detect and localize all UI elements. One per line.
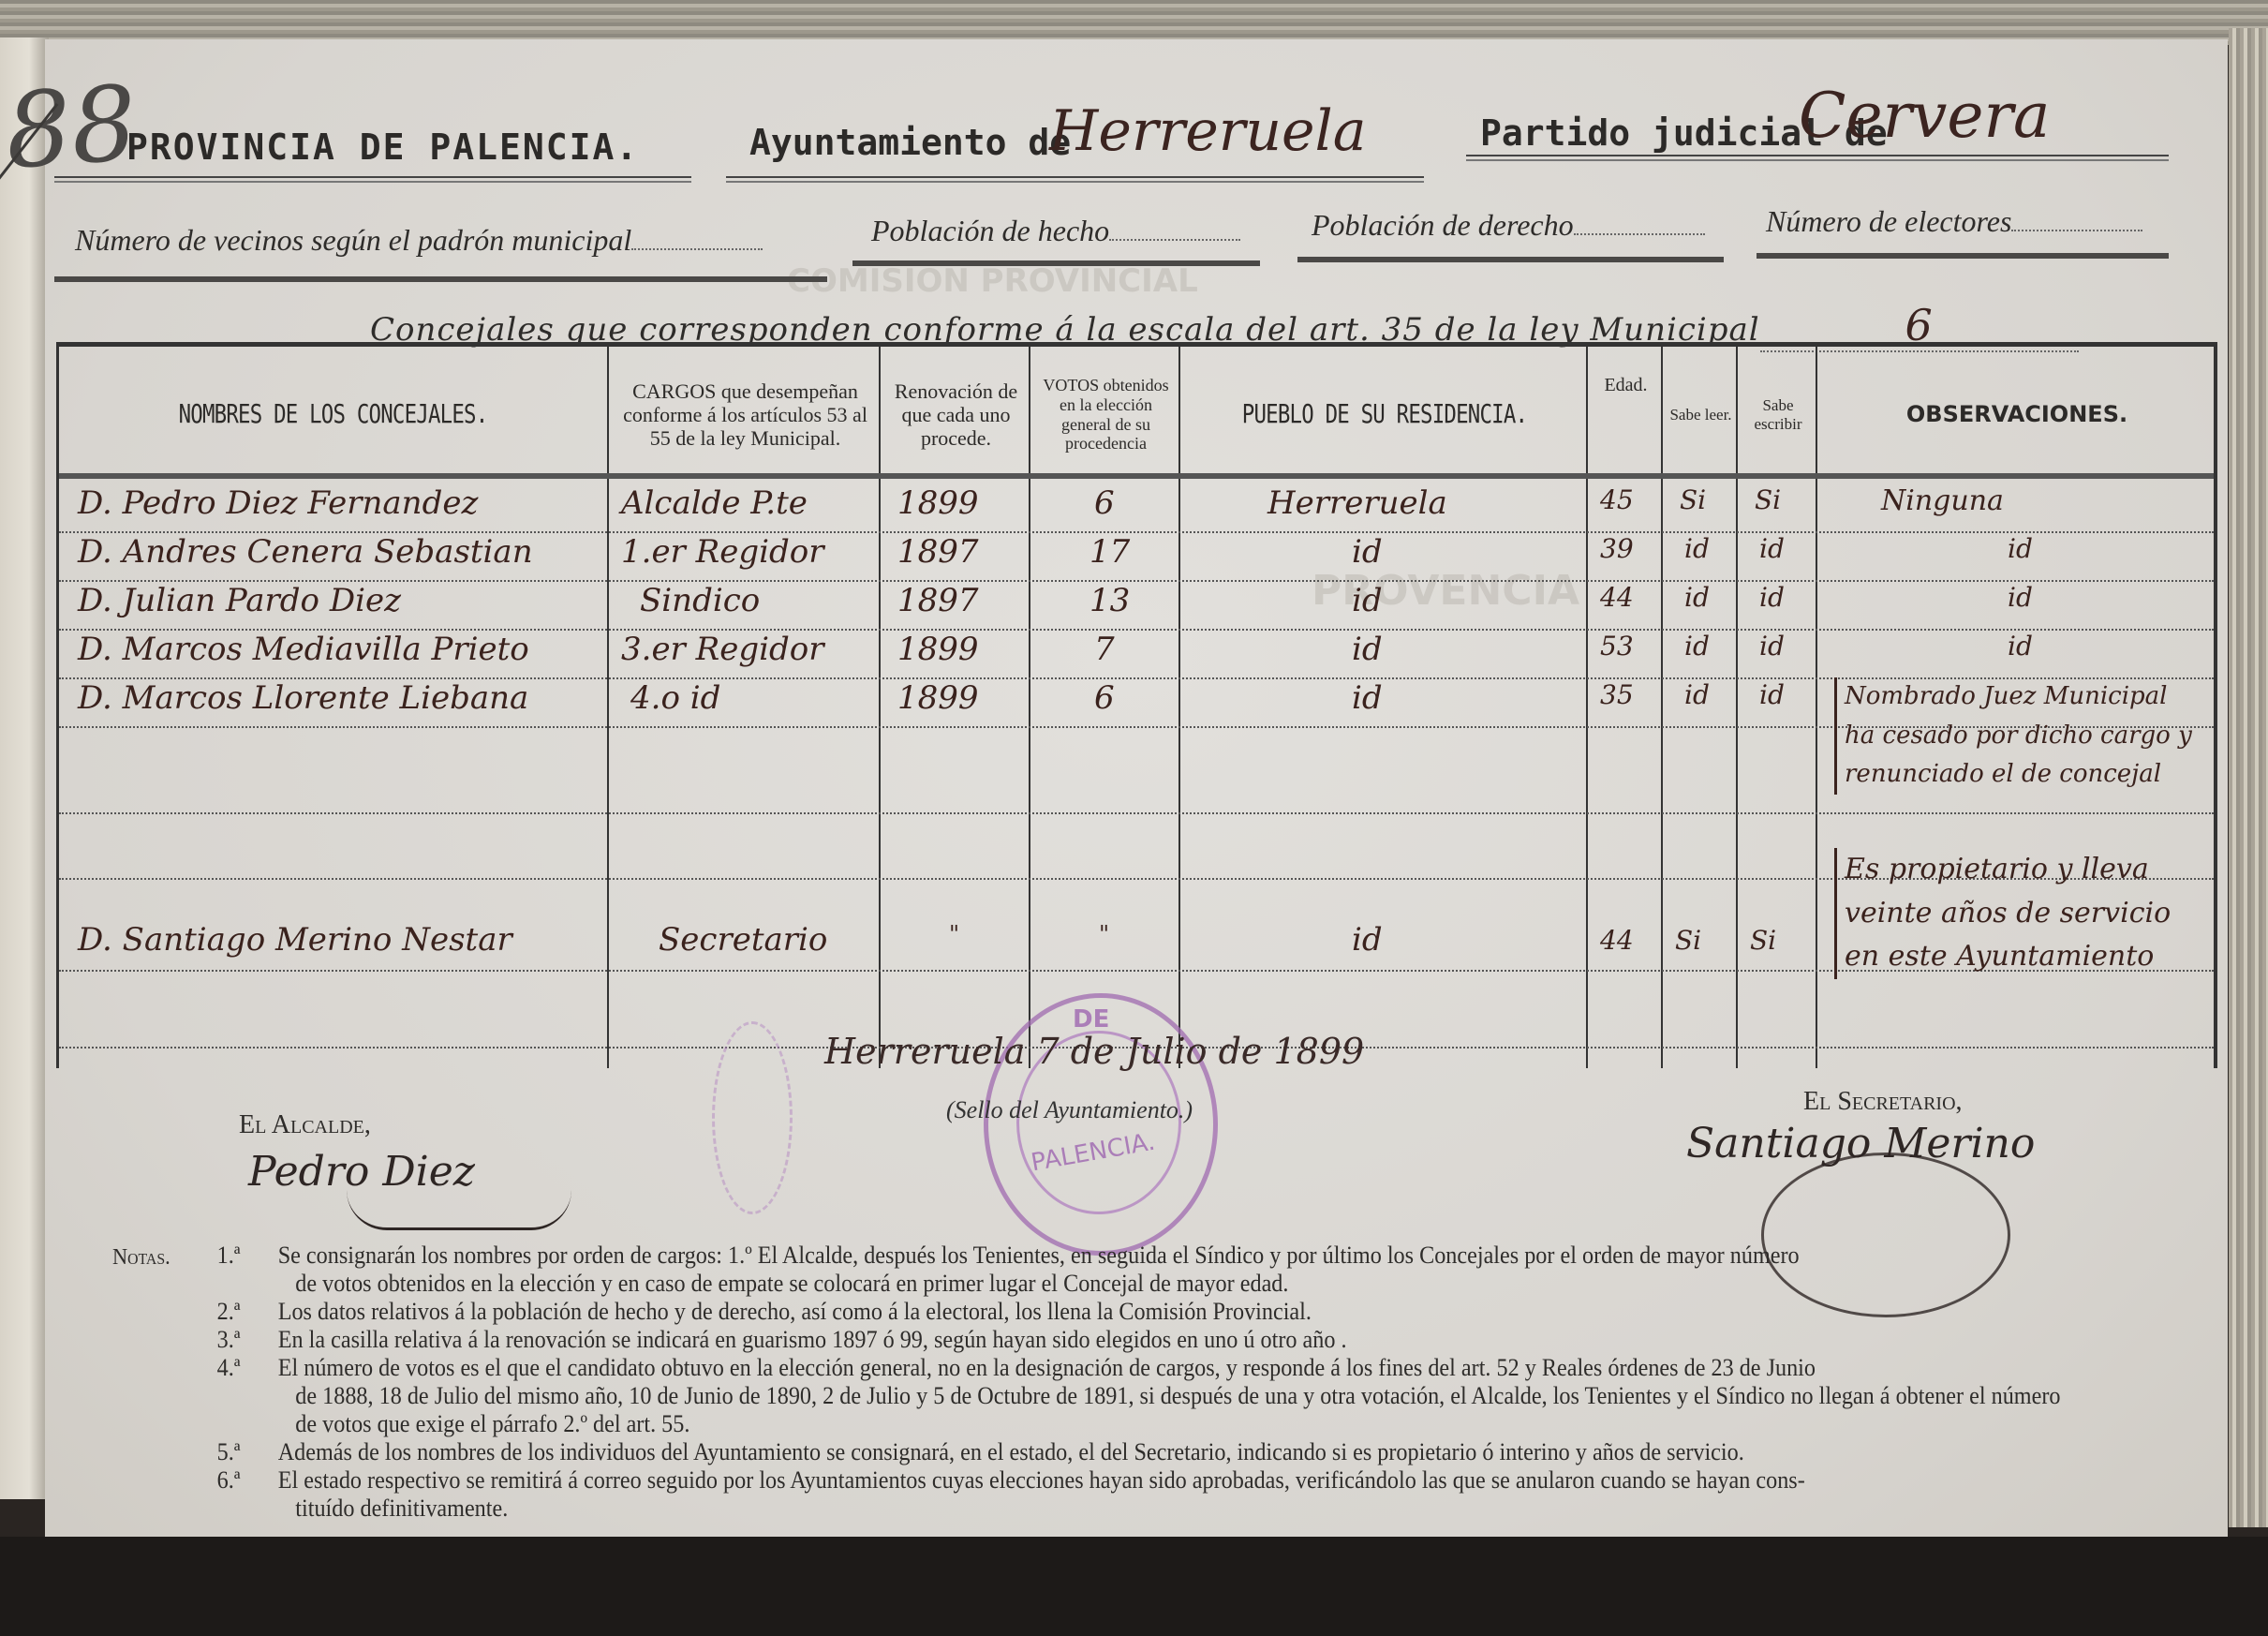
note-text: El número de votos es el que el candidat… — [278, 1354, 1816, 1381]
cell-renovacion: 1897 — [897, 582, 979, 627]
cell-observaciones: id — [2008, 631, 2033, 676]
cell-leer: Si — [1675, 925, 1701, 970]
note-number: 3.ª — [217, 1326, 241, 1354]
bleed-through-text: COMISION PROVINCIAL — [787, 262, 1198, 300]
cell-leer: Si — [1680, 484, 1706, 529]
cell-renovacion: 1899 — [897, 484, 979, 529]
note-continuation: de 1888, 18 de Julio del mismo año, 10 d… — [278, 1382, 2082, 1438]
note-item: 2.ªLos datos relativos á la población de… — [112, 1298, 2082, 1326]
cell-renovacion: " — [949, 921, 959, 966]
note-number: 2.ª — [217, 1298, 241, 1326]
folio-number: 88 — [2, 63, 141, 191]
note-text: El estado respectivo se remitirá á corre… — [278, 1466, 1805, 1494]
hecho-value[interactable] — [1109, 239, 1240, 241]
alcalde-label: El Alcalde, — [239, 1110, 371, 1140]
cell-escribir: id — [1759, 631, 1785, 676]
cell-pueblo: id — [1352, 631, 1383, 676]
cell-cargo: 3.er Regidor — [621, 631, 823, 676]
cell-nombre: D. Andres Cenera Sebastian — [78, 533, 533, 578]
cell-leer: id — [1684, 582, 1710, 627]
cell-nombre: D. Marcos Mediavilla Prieto — [78, 631, 529, 676]
hecho-label: Población de hecho — [871, 214, 1109, 247]
cell-escribir: id — [1759, 582, 1785, 627]
book-edge-right — [2229, 28, 2268, 1527]
divider — [54, 276, 827, 282]
note-item: 3.ªEn la casilla relativa á la renovació… — [112, 1326, 2082, 1354]
cell-cargo: 1.er Regidor — [621, 533, 823, 578]
divider — [1297, 257, 1724, 262]
stamp-text: DE — [1073, 1005, 1109, 1034]
header-cargos: CARGOS que desempeñan conforme á los art… — [612, 361, 879, 468]
note-number: 5.ª — [217, 1438, 241, 1466]
header-observaciones: OBSERVACIONES. — [1820, 361, 2214, 468]
note-number: 4.ª — [217, 1354, 241, 1382]
province-title: PROVINCIA DE PALENCIA. — [126, 126, 639, 168]
concejales-table: NOMBRES DE LOS CONCEJALES. CARGOS que de… — [56, 342, 2217, 1068]
cell-nombre: D. Marcos Llorente Liebana — [78, 679, 528, 724]
vecinos-value[interactable] — [631, 248, 763, 250]
cell-renovacion: 1899 — [897, 679, 979, 724]
header-votos: VOTOS obtenidos en la elección general d… — [1033, 361, 1178, 468]
header-separator — [59, 473, 2214, 479]
divider — [852, 260, 1260, 266]
cell-nombre: D. Pedro Diez Fernandez — [78, 484, 478, 529]
partido-value[interactable]: Cervera — [1799, 80, 2050, 152]
note-item: 6.ªEl estado respectivo se remitirá á co… — [112, 1466, 2082, 1523]
header-renovacion: Renovación de que cada uno procede. — [883, 361, 1029, 468]
cell-renovacion: 1899 — [897, 631, 979, 676]
cell-escribir: id — [1759, 533, 1785, 578]
note-text: Además de los nombres de los individuos … — [278, 1438, 1744, 1465]
secretario-label: El Secretario, — [1803, 1087, 1963, 1117]
cell-edad: 53 — [1600, 631, 1634, 676]
notes-section: Notas. 1.ªSe consignarán los nombres por… — [112, 1242, 2082, 1523]
cell-votos: 17 — [1090, 533, 1130, 578]
cell-nombre: D. Santiago Merino Nestar — [78, 921, 512, 966]
vecinos-label: Número de vecinos según el padrón munici… — [75, 223, 631, 257]
poblacion-derecho-field[interactable]: Población de derecho — [1312, 208, 1705, 243]
book-edge-top — [0, 0, 2268, 45]
table-row[interactable]: D. Andres Cenera Sebastian 1.er Regidor … — [59, 531, 2214, 582]
cell-escribir: Si — [1755, 484, 1781, 529]
cell-escribir: id — [1759, 679, 1785, 724]
cell-votos: 7 — [1094, 631, 1115, 676]
derecho-label: Población de derecho — [1312, 208, 1574, 242]
cell-observaciones: id — [2008, 582, 2033, 627]
table-row[interactable]: D. Julian Pardo Diez Sindico 1897 13 id … — [59, 580, 2214, 631]
poblacion-hecho-field[interactable]: Población de hecho — [871, 214, 1240, 248]
note-number: 6.ª — [217, 1466, 241, 1495]
cell-cargo: Alcalde P.te — [621, 484, 808, 529]
cell-leer: id — [1684, 679, 1710, 724]
electores-field[interactable]: Número de electores — [1766, 204, 2142, 239]
header-nombres: NOMBRES DE LOS CONCEJALES. — [114, 361, 553, 468]
electores-label: Número de electores — [1766, 204, 2011, 238]
cell-leer: id — [1684, 631, 1710, 676]
alcalde-signature: Pedro Diez — [248, 1148, 475, 1196]
cell-leer: id — [1684, 533, 1710, 578]
cell-pueblo: id — [1352, 921, 1383, 966]
cell-cargo: Secretario — [659, 921, 827, 966]
cell-votos: " — [1099, 921, 1109, 966]
note-item: 5.ªAdemás de los nombres de los individu… — [112, 1438, 2082, 1466]
cell-edad: 39 — [1600, 533, 1634, 578]
ayuntamiento-value[interactable]: Herreruela — [1049, 98, 1367, 164]
cell-votos: 13 — [1090, 582, 1130, 627]
date-line: Herreruela 7 de Julio de 1899 — [824, 1031, 1364, 1072]
divider — [54, 176, 691, 183]
book-shadow — [0, 1537, 2268, 1636]
cell-cargo: 4.o id — [630, 679, 720, 724]
header-leer: Sabe leer. — [1666, 361, 1736, 468]
cell-pueblo: id — [1352, 533, 1383, 578]
note-number: 1.ª — [217, 1242, 241, 1270]
divider — [1757, 253, 2169, 259]
note-text: En la casilla relativa á la renovación s… — [278, 1326, 1347, 1353]
cell-observaciones: id — [2008, 533, 2033, 578]
cell-edad: 44 — [1600, 925, 1634, 970]
note-item: 1.ªSe consignarán los nombres por orden … — [112, 1242, 2082, 1298]
cell-edad: 45 — [1600, 484, 1634, 529]
header-pueblo: PUEBLO DE SU RESIDENCIA. — [1223, 361, 1546, 468]
header-escribir: Sabe escribir — [1741, 361, 1816, 468]
vecinos-field[interactable]: Número de vecinos según el padrón munici… — [75, 223, 763, 258]
cell-pueblo: Herreruela — [1267, 484, 1447, 529]
cell-edad: 35 — [1600, 679, 1634, 724]
left-page-edge — [0, 37, 49, 1499]
cell-edad: 44 — [1600, 582, 1634, 627]
table-row[interactable]: D. Marcos Mediavilla Prieto 3.er Regidor… — [59, 629, 2214, 679]
cell-observaciones: Ninguna — [1881, 484, 2004, 529]
cell-escribir: Si — [1750, 925, 1776, 970]
cell-pueblo: id — [1352, 679, 1383, 724]
cell-votos: 6 — [1094, 679, 1115, 724]
ayuntamiento-label: Ayuntamiento de — [749, 122, 1071, 163]
cell-cargo: Sindico — [640, 582, 760, 627]
derecho-value[interactable] — [1574, 233, 1705, 235]
note-continuation: de votos obtenidos en la elección y en c… — [278, 1270, 2082, 1298]
divider — [726, 176, 1424, 183]
table-row-empty[interactable] — [59, 764, 2214, 814]
note-text: Los datos relativos á la población de he… — [278, 1298, 1312, 1325]
cell-renovacion: 1897 — [897, 533, 979, 578]
faint-stamp — [712, 1021, 793, 1214]
note-continuation: tituído definitivamente. — [278, 1495, 2082, 1523]
cell-nombre: D. Julian Pardo Diez — [78, 582, 401, 627]
table-row[interactable]: D. Pedro Diez Fernandez Alcalde P.te 189… — [59, 483, 2214, 533]
cell-pueblo: id — [1352, 582, 1383, 627]
sello-label: (Sello del Ayuntamiento.) — [946, 1096, 1193, 1124]
divider — [1466, 155, 2169, 161]
electores-value[interactable] — [2011, 230, 2142, 231]
header-edad: Edad. — [1591, 361, 1661, 483]
table-top-border — [59, 342, 2214, 347]
cell-votos: 6 — [1094, 484, 1115, 529]
note-text: Se consignarán los nombres por orden de … — [278, 1242, 1800, 1269]
note-item: 4.ªEl número de votos es el que el candi… — [112, 1354, 2082, 1438]
signature-flourish — [347, 1190, 571, 1230]
observation-note-secretario: Es propietario y lleva veinte años de se… — [1834, 848, 2201, 979]
